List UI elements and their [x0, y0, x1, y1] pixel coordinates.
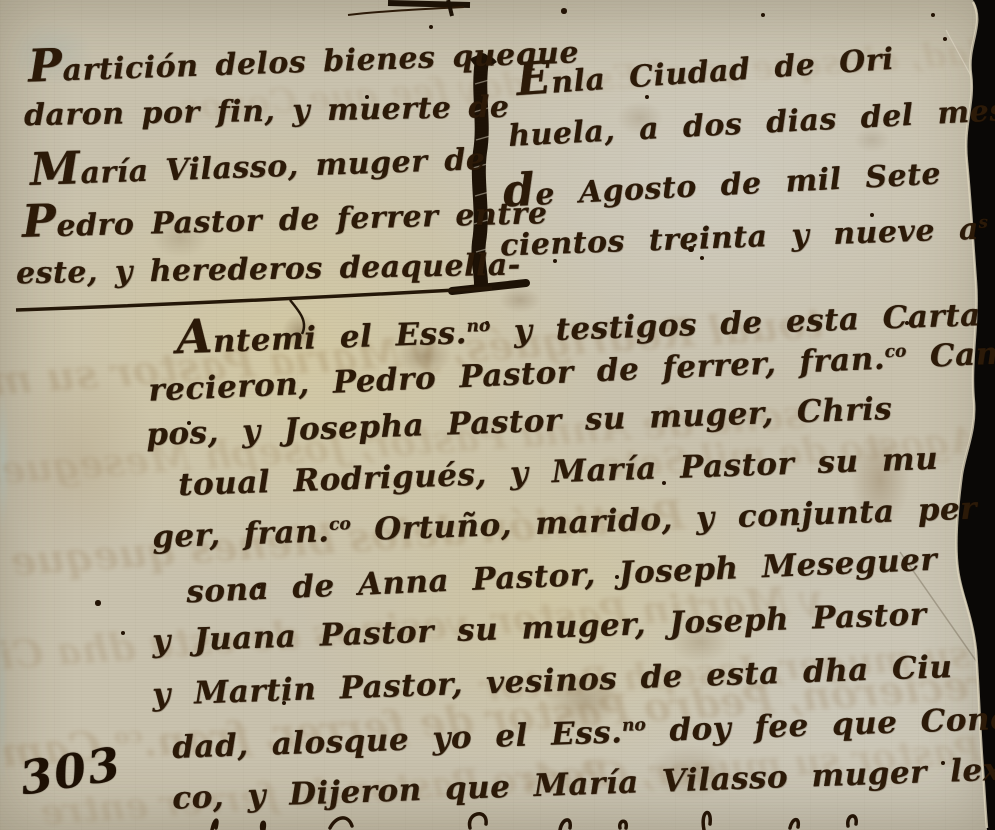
bottom-partial-line-strokes: [212, 813, 856, 830]
manuscript-page: toual Rodrigués, y María Pastor su mu so…: [0, 0, 995, 830]
margin-underline: [16, 288, 492, 310]
top-edge-cutoff-stroke: [348, 0, 470, 16]
